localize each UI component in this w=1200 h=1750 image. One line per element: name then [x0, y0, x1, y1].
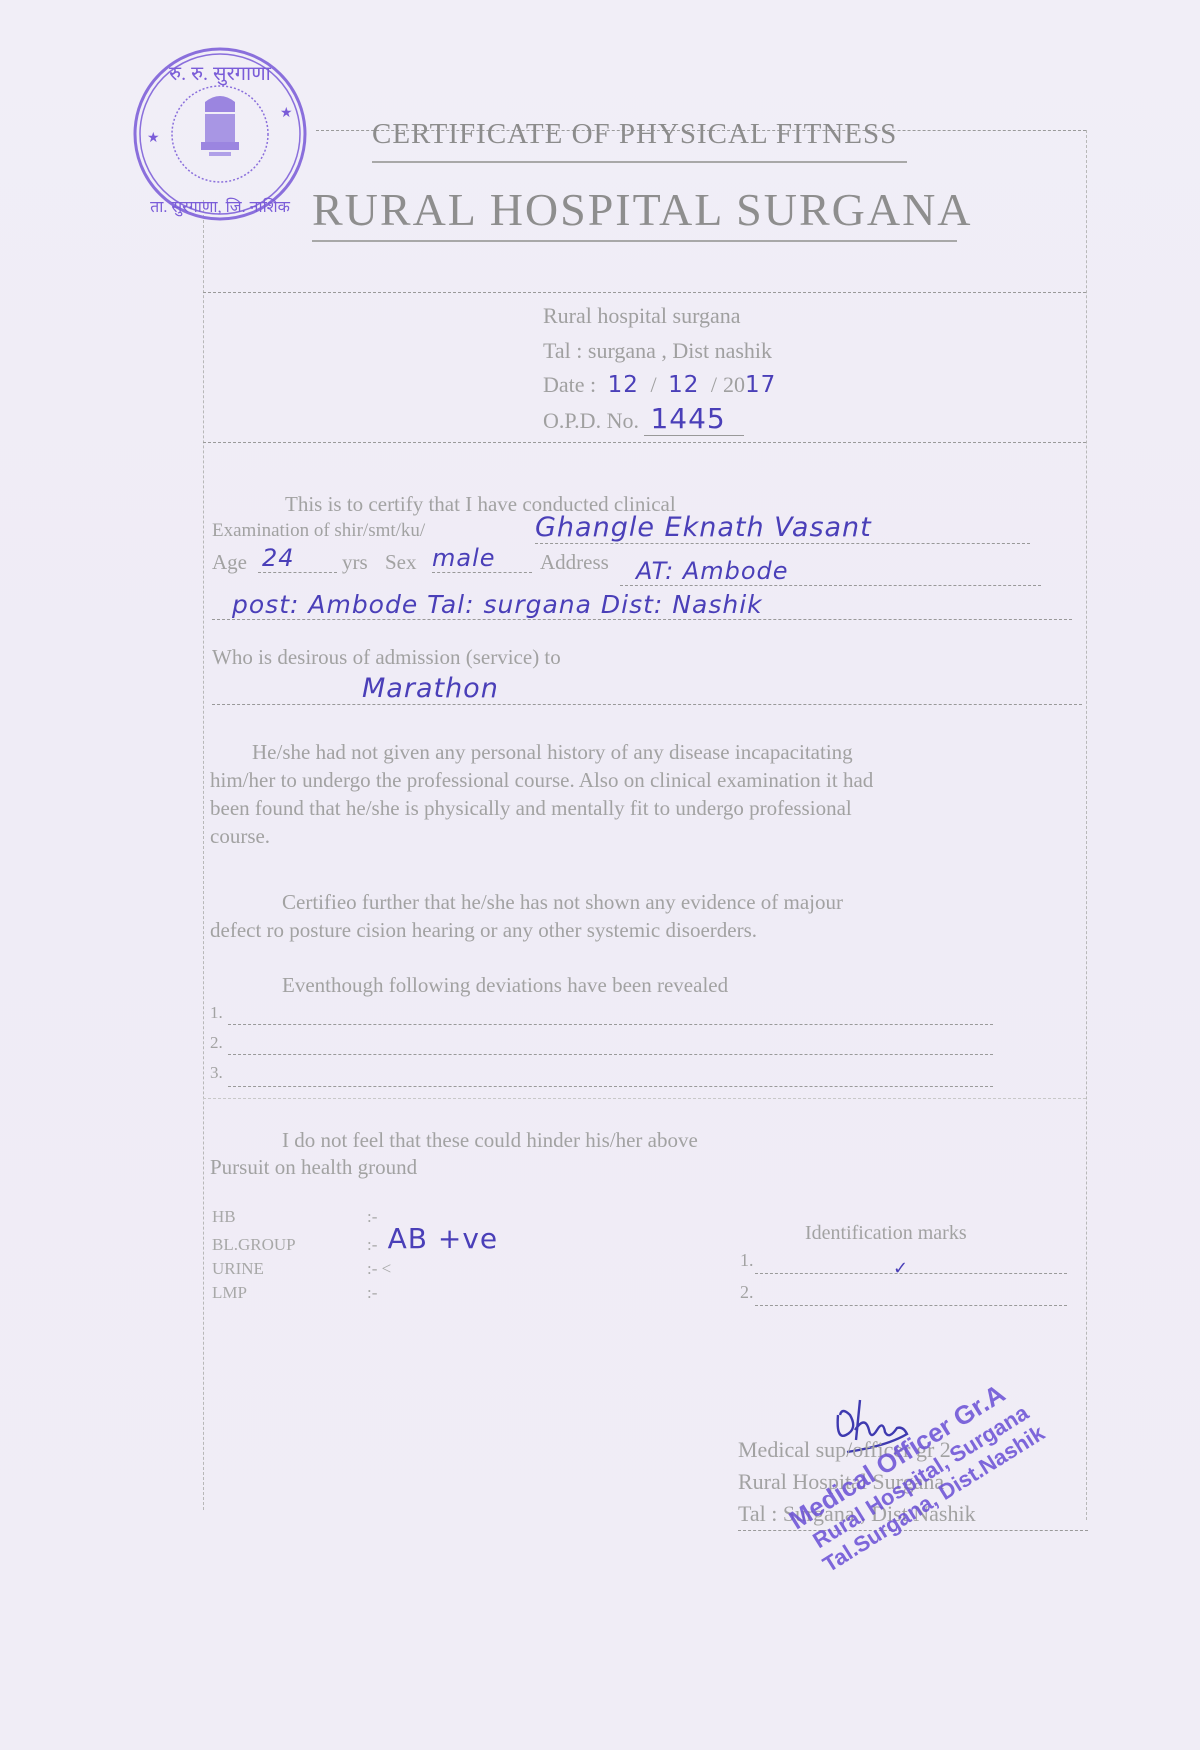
para2-line-4: course. [210, 824, 270, 849]
hinder-line-2: Pursuit on health ground [210, 1155, 417, 1180]
signature-bottom-rule [738, 1530, 1088, 1531]
date-year-handwritten: 17 [745, 372, 776, 398]
opd-label: O.P.D. No. [543, 408, 639, 433]
identification-1-line [755, 1273, 1067, 1274]
deviations-label: Eventhough following deviations have bee… [282, 973, 728, 998]
address-bottom-rule [203, 442, 1086, 443]
identification-2-line [755, 1305, 1067, 1306]
section-rule [203, 1098, 1086, 1099]
left-border-line [203, 200, 204, 1510]
certify-line-2-label: Examination of shir/smt/ku/ [212, 520, 425, 542]
age-label: Age [212, 550, 247, 575]
hospital-name-underline [312, 240, 957, 242]
admission-label: Who is desirous of admission (service) t… [212, 645, 561, 670]
vital-row-urine: URINE:- < [212, 1257, 498, 1281]
age-value: 24 [258, 544, 337, 573]
identification-1-mark: ✓ [893, 1258, 909, 1279]
para2-line-3: been found that he/she is physically and… [210, 796, 852, 821]
para2-line-1: He/she had not given any personal histor… [252, 740, 853, 765]
sex-label: Sex [385, 550, 417, 575]
date-day: 12 [608, 372, 639, 398]
svg-text:★: ★ [147, 131, 160, 146]
certificate-title: CERTIFICATE OF PHYSICAL FITNESS [372, 118, 897, 151]
address-line-1: Rural hospital surgana [543, 303, 741, 329]
svg-text:★: ★ [280, 106, 293, 121]
deviation-3-line [228, 1086, 993, 1087]
identification-2-label: 2. [740, 1282, 754, 1303]
vital-row-lmp: LMP:- [212, 1281, 498, 1305]
date-year-printed: 20 [723, 372, 745, 397]
address-line-2: Tal : surgana , Dist nashik [543, 338, 772, 364]
vital-row-blood-group: BL.GROUP:- AB +ve [212, 1229, 498, 1257]
national-emblem-icon: रु. रु. सुरगाणा ता. सुरगाणा, जि. नाशिक ★… [125, 42, 315, 227]
para2-line-2: him/her to undergo the professional cour… [210, 768, 873, 793]
hinder-line-1: I do not feel that these could hinder hi… [282, 1128, 698, 1153]
certificate-title-underline [372, 161, 907, 163]
vitals-list: HB:- BL.GROUP:- AB +ve URINE:- < LMP:- [212, 1205, 498, 1305]
admission-value: Marathon [212, 673, 1082, 705]
address-label: Address [540, 550, 609, 575]
date-field: Date : 12 / 12 /2017 [543, 372, 776, 398]
address-value-line-2: post: Ambode Tal: surgana Dist: Nashik [212, 590, 1072, 620]
identification-title: Identification marks [805, 1222, 967, 1245]
para3-line-2: defect ro posture cision hearing or any … [210, 918, 757, 943]
para3-line-1: Certifieo further that he/she has not sh… [282, 890, 843, 915]
opd-field: O.P.D. No. 1445 [543, 402, 744, 435]
seal-top-text: रु. रु. सुरगाणा [169, 63, 272, 86]
identification-1-label: 1. [740, 1250, 754, 1271]
address-value-line-1: AT: Ambode [620, 557, 1041, 586]
hospital-seal: रु. रु. सुरगाणा ता. सुरगाणा, जि. नाशिक ★… [125, 42, 315, 227]
patient-name-field: Ghangle Eknath Vasant [535, 512, 1030, 544]
right-border-line [1086, 130, 1087, 1520]
seal-bottom-text: ता. सुरगाणा, जि. नाशिक [150, 197, 291, 217]
sex-value: male [432, 544, 532, 573]
blood-group-value: AB +ve [388, 1222, 499, 1255]
deviation-2-line [228, 1054, 993, 1055]
opd-number: 1445 [644, 402, 743, 436]
date-month: 12 [668, 372, 699, 398]
deviation-2-label: 2. [210, 1033, 223, 1053]
yrs-label: yrs [342, 550, 368, 575]
header-bottom-rule [203, 292, 1086, 293]
hospital-name-title: RURAL HOSPITAL SURGANA [312, 183, 973, 236]
deviation-1-label: 1. [210, 1003, 223, 1023]
deviation-1-line [228, 1024, 993, 1025]
date-label: Date : [543, 372, 596, 397]
deviation-3-label: 3. [210, 1063, 223, 1083]
